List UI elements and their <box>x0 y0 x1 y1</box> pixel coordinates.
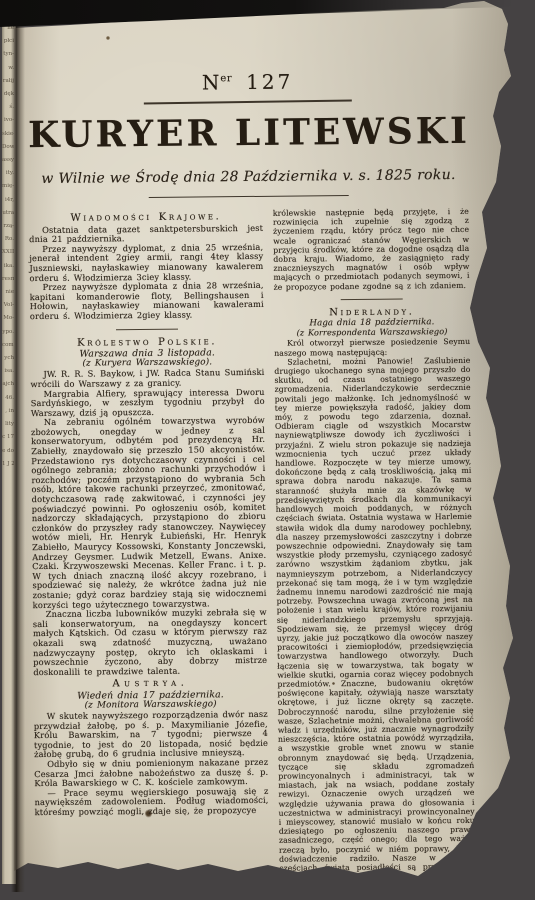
printed-content: Ner127 KURYER LITEWSKI w Wilnie we Środę… <box>27 0 475 884</box>
section-paragraphs: W skutek naywyższego rozporządzenia dwór… <box>34 710 269 818</box>
article-columns: Wiadomości Krajowe. Ostatnia data gazet … <box>29 207 475 885</box>
section-paragraphs: JW. R. R. S. Baykow, i JW. Radca Stanu S… <box>30 368 267 677</box>
section-divider <box>116 328 178 330</box>
issue-value: 127 <box>246 70 293 94</box>
masthead-rule-top <box>144 99 352 104</box>
right-column: królewskie następnie będą przyjęte, i że… <box>273 207 475 882</box>
masthead-dateline: w Wilnie we Środę dnia 28 Października v… <box>28 166 468 186</box>
spine-gutter-shadow <box>11 18 25 892</box>
issue-superscript: er <box>220 73 232 84</box>
newspaper-page: Ner127 KURYER LITEWSKI w Wilnie we Środę… <box>14 0 522 890</box>
issue-number: Ner127 <box>28 68 468 96</box>
section-heading-krolestwo-polskie: Królestwo Polskie. <box>30 336 264 348</box>
section-divider <box>341 298 403 300</box>
issue-prefix: N <box>202 70 221 94</box>
section-heading-niderlandy: Niderlandy. <box>274 307 470 318</box>
section-heading-wiadomosci-krajowe: Wiadomości Krajowe. <box>29 212 263 224</box>
scanned-newspaper-view: nepłcityn-w.rałijdękś.ivo-skie-Dow,assyi… <box>0 0 535 900</box>
section-paragraphs: Ostatnia data gazet sanktpetersburskich … <box>29 223 264 321</box>
masthead-title: KURYER LITEWSKI <box>28 109 468 155</box>
continuation-paragraph: królewskie następnie będą przyjęte, i że… <box>273 207 470 292</box>
masthead-rule-bottom <box>149 195 349 198</box>
section-paragraphs: Król otworzył pierwsze posiedzenie Seymu… <box>274 337 475 882</box>
section-heading-austrya: Austrya. <box>33 678 267 690</box>
left-column: Wiadomości Krajowe. Ostatnia data gazet … <box>29 209 269 885</box>
section-source: (z Korrespondenta Warszawskiego) <box>274 327 470 338</box>
